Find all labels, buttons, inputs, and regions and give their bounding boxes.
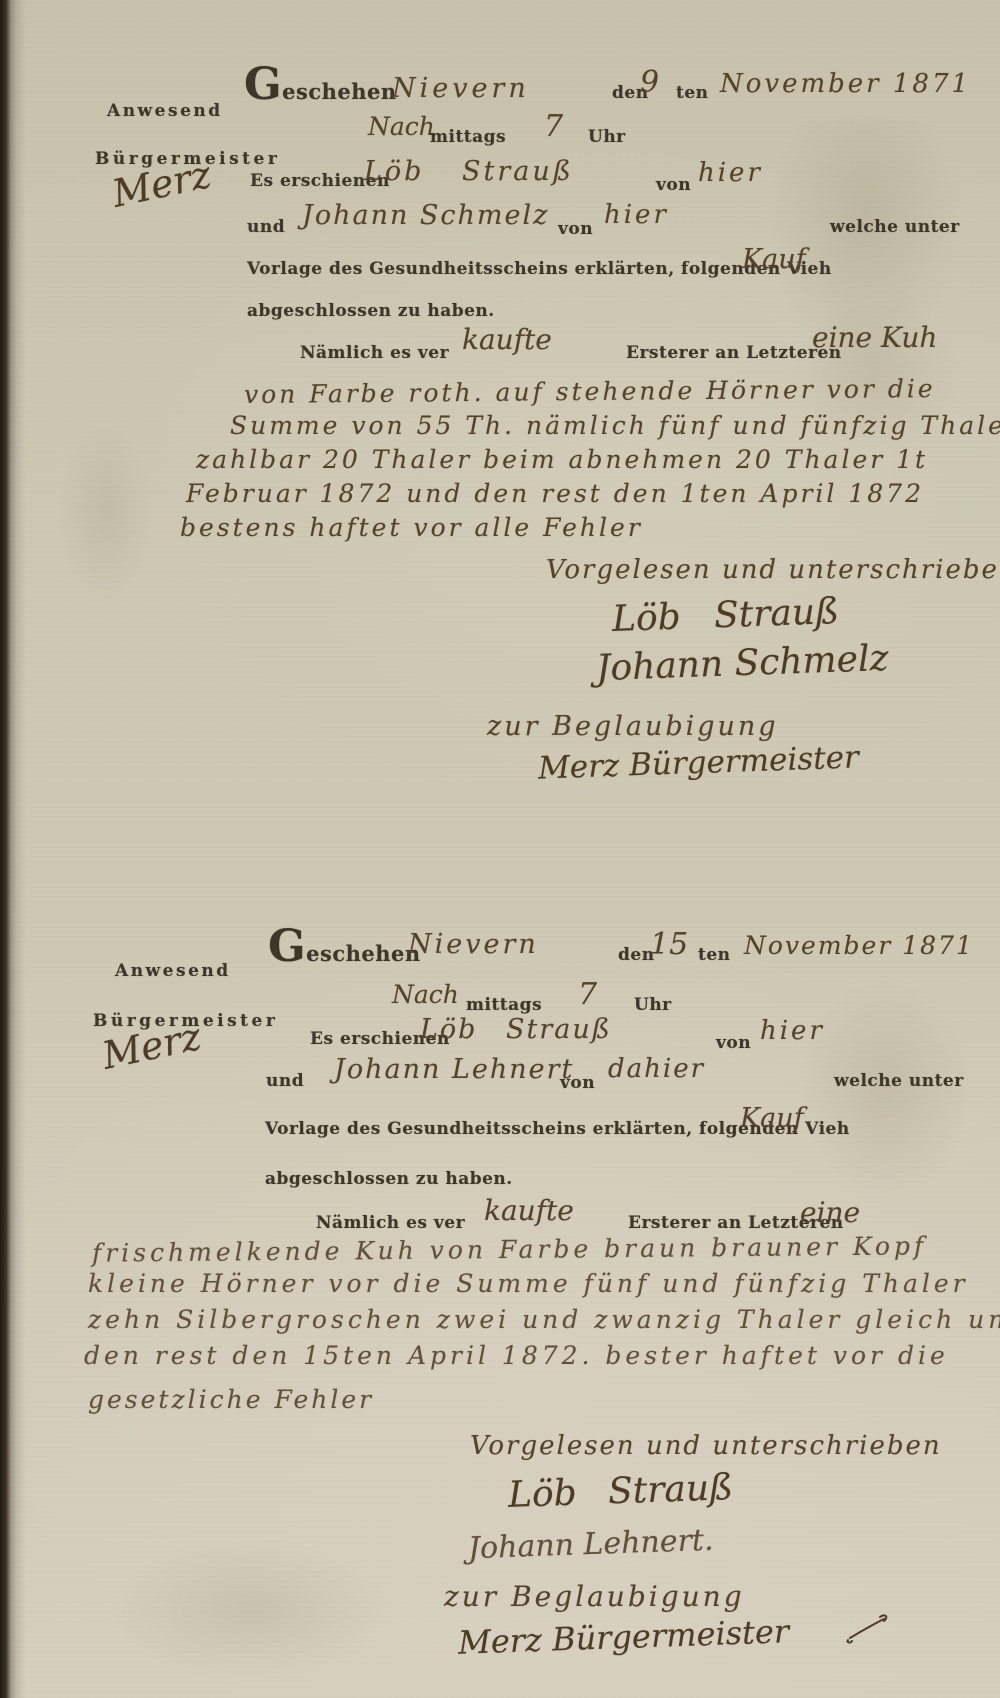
kaufte-handwritten: kaufte — [484, 1196, 574, 1227]
abgeschlossen-text: abgeschlossen zu haben. — [247, 302, 495, 321]
uhr-label: Uhr — [634, 996, 672, 1015]
party1-name-handwritten: Löb Strauß — [364, 157, 574, 187]
party1-name-handwritten: Löb Strauß — [420, 1015, 612, 1045]
vorgelesen-handwritten: Vorgelesen und unterschrieben — [546, 556, 1000, 585]
geschehen-label: Geschehen — [268, 932, 421, 965]
hour-handwritten: 7 — [544, 110, 563, 143]
terms-line: zehn Silbergroschen zwei und zwanzig Tha… — [88, 1306, 1000, 1334]
naemlich-label: Nämlich es ver — [316, 1214, 465, 1233]
nach-handwritten: Nach — [392, 981, 459, 1009]
month-year-handwritten: November 1871 — [744, 932, 974, 960]
von-label: von — [560, 1074, 595, 1093]
terms-line: kleine Hörner vor die Summe fünf und fün… — [88, 1270, 969, 1298]
hour-handwritten: 7 — [578, 978, 597, 1011]
day-handwritten: 15 — [650, 928, 688, 961]
ink-mark — [846, 1610, 894, 1644]
uhr-label: Uhr — [588, 128, 626, 147]
ten-label: ten — [676, 84, 709, 103]
sale-object-handwritten: eine Kuh — [812, 323, 937, 354]
terms-line: den rest den 15ten April 1872. bester ha… — [84, 1342, 949, 1370]
beglaubigung-handwritten: zur Beglaubigung — [487, 712, 779, 742]
terms-line: Februar 1872 und den rest den 1ten April… — [186, 480, 924, 508]
margin-anwesend-label: Anwesend — [115, 962, 231, 981]
kauf-handwritten: Kauf — [742, 245, 806, 275]
party1-origin-handwritten: hier — [698, 159, 763, 188]
sale-object-handwritten: eine — [800, 1198, 860, 1229]
place-name-handwritten: Nievern — [408, 930, 539, 960]
ten-label: ten — [698, 946, 731, 965]
month-year-handwritten: November 1871 — [720, 70, 971, 99]
und-label: und — [266, 1072, 304, 1091]
beglaubigung-handwritten: zur Beglaubigung — [444, 1582, 745, 1613]
von-label: von — [656, 176, 691, 195]
von-label: von — [716, 1034, 751, 1053]
geschehen-label: Geschehen — [244, 70, 397, 103]
day-handwritten: 9 — [640, 66, 659, 99]
terms-line: gesetzliche Fehler — [88, 1386, 374, 1414]
mittags-label: mittags — [466, 996, 542, 1015]
nach-handwritten: Nach — [368, 113, 435, 141]
party2-origin-handwritten: hier — [604, 201, 669, 230]
party2-name-handwritten: Johann Schmelz — [302, 201, 549, 231]
terms-line: zahlbar 20 Thaler beim abnehmen 20 Thale… — [196, 446, 928, 474]
binding-edge — [0, 0, 26, 1698]
terms-line: bestens haftet vor alle Fehler — [180, 514, 643, 542]
welche-unter-label: welche unter — [830, 218, 960, 237]
naemlich-label: Nämlich es ver — [300, 344, 449, 363]
kauf-handwritten: Kauf — [740, 1104, 804, 1134]
welche-unter-label: welche unter — [834, 1072, 964, 1091]
seller-signature: Löb Strauß — [611, 592, 839, 639]
place-name-handwritten: Nievern — [392, 74, 530, 104]
terms-line: Summe von 55 Th. nämlich fünf und fünfzi… — [230, 412, 1000, 440]
ersterer-label: Ersterer an Letzteren — [626, 344, 842, 363]
vorgelesen-handwritten: Vorgelesen und unterschrieben — [470, 1432, 942, 1461]
von-label: von — [558, 220, 593, 239]
scanned-register-page: { "colors": { "paper": "#cdc7b2", "print… — [0, 0, 1000, 1698]
kaufte-handwritten: kaufte — [462, 325, 552, 356]
mittags-label: mittags — [430, 128, 506, 147]
seller-signature: Löb Strauß — [507, 1468, 733, 1515]
party2-origin-handwritten: dahier — [608, 1055, 705, 1084]
party1-origin-handwritten: hier — [760, 1017, 825, 1046]
party2-name-handwritten: Johann Lehnert — [334, 1055, 574, 1085]
terms-line: von Farbe roth. auf stehende Hörner vor … — [244, 375, 936, 409]
und-label: und — [247, 218, 285, 237]
margin-anwesend-label: Anwesend — [107, 102, 223, 121]
abgeschlossen-text: abgeschlossen zu haben. — [265, 1170, 513, 1189]
